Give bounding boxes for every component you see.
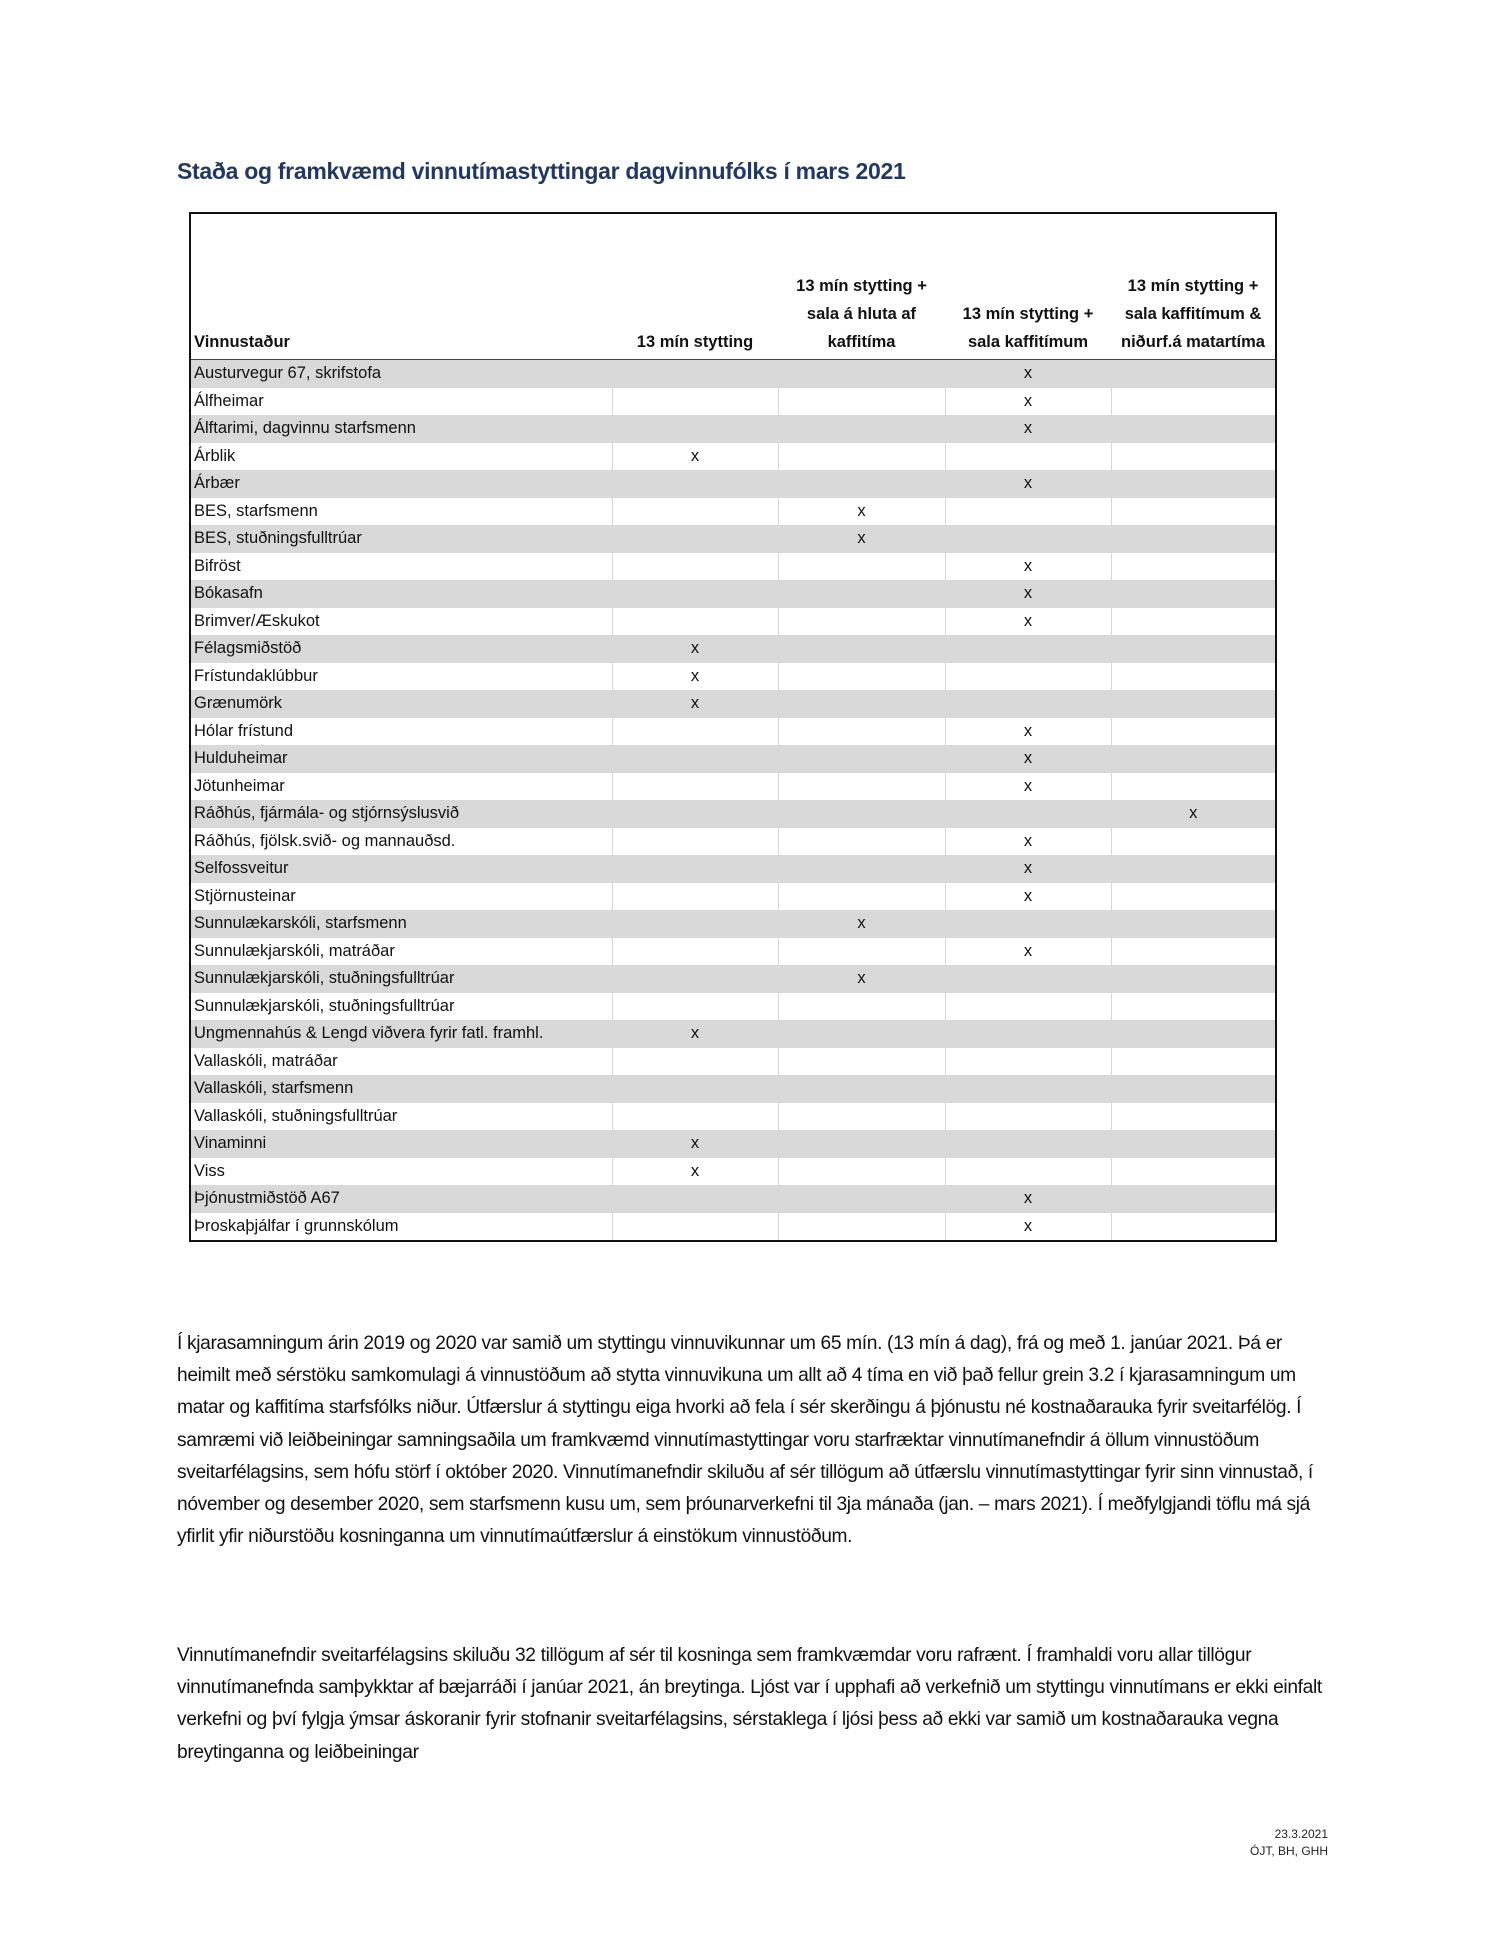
workplace-name: Árblik	[191, 443, 612, 471]
option-cell-1: x	[612, 690, 778, 718]
option-cell-2	[778, 1075, 945, 1103]
workplace-name: Félagsmiðstöð	[191, 635, 612, 663]
option-cell-1	[612, 388, 778, 416]
option-cell-3: x	[945, 580, 1111, 608]
table-row: Ráðhús, fjármála- og stjórnsýslusviðx	[191, 800, 1275, 828]
option-cell-4	[1111, 883, 1275, 911]
option-cell-4	[1111, 663, 1275, 691]
workplace-name: Vinaminni	[191, 1130, 612, 1158]
option-cell-3	[945, 1103, 1111, 1131]
option-cell-1	[612, 608, 778, 636]
option-cell-3: x	[945, 1213, 1111, 1241]
table-row: Hólar frístundx	[191, 718, 1275, 746]
workplace-name: Bókasafn	[191, 580, 612, 608]
option-cell-1: x	[612, 663, 778, 691]
table-row: Ráðhús, fjölsk.svið- og mannauðsd.x	[191, 828, 1275, 856]
option-cell-2	[778, 883, 945, 911]
workplace-name: Grænumörk	[191, 690, 612, 718]
option-cell-1	[612, 525, 778, 553]
workplace-name: Austurvegur 67, skrifstofa	[191, 360, 612, 388]
workplace-name: Ráðhús, fjármála- og stjórnsýslusvið	[191, 800, 612, 828]
option-cell-4	[1111, 993, 1275, 1021]
option-cell-4	[1111, 553, 1275, 581]
table-row: Sunnulækjarskóli, stuðningsfulltrúarx	[191, 965, 1275, 993]
option-cell-2	[778, 415, 945, 443]
workplace-name: Sunnulækjarskóli, stuðningsfulltrúar	[191, 965, 612, 993]
workplace-name: Frístundaklúbbur	[191, 663, 612, 691]
table-row: Vallaskóli, stuðningsfulltrúar	[191, 1103, 1275, 1131]
table-row: Þroskaþjálfar í grunnskólumx	[191, 1213, 1275, 1241]
option-cell-2	[778, 443, 945, 471]
option-cell-1	[612, 800, 778, 828]
workplace-name: Árbær	[191, 470, 612, 498]
footer-authors: ÓJT, BH, GHH	[1250, 1843, 1328, 1860]
option-cell-4	[1111, 1130, 1275, 1158]
option-cell-1	[612, 553, 778, 581]
workplace-name: BES, starfsmenn	[191, 498, 612, 526]
option-cell-1: x	[612, 1158, 778, 1186]
workplace-name: Hulduheimar	[191, 745, 612, 773]
option-cell-2	[778, 663, 945, 691]
option-cell-1	[612, 470, 778, 498]
schedule-table: Vinnustaður 13 mín stytting 13 mín stytt…	[189, 212, 1277, 1242]
option-cell-3	[945, 910, 1111, 938]
table-row: Ungmennahús & Lengd viðvera fyrir fatl. …	[191, 1020, 1275, 1048]
option-cell-2	[778, 580, 945, 608]
table-row: Brimver/Æskukotx	[191, 608, 1275, 636]
option-cell-1: x	[612, 1130, 778, 1158]
option-cell-1	[612, 938, 778, 966]
option-cell-2	[778, 993, 945, 1021]
option-cell-1	[612, 498, 778, 526]
table-row: Álftarimi, dagvinnu starfsmennx	[191, 415, 1275, 443]
option-cell-2	[778, 938, 945, 966]
option-cell-4	[1111, 415, 1275, 443]
option-cell-2: x	[778, 498, 945, 526]
workplace-name: Ungmennahús & Lengd viðvera fyrir fatl. …	[191, 1020, 612, 1048]
workplace-name: Álfheimar	[191, 388, 612, 416]
option-cell-3	[945, 1075, 1111, 1103]
table-row: Þjónustmiðstöð A67x	[191, 1185, 1275, 1213]
workplace-name: Sunnulækjarskóli, stuðningsfulltrúar	[191, 993, 612, 1021]
option-cell-1	[612, 1048, 778, 1076]
option-cell-4	[1111, 1020, 1275, 1048]
option-cell-2	[778, 635, 945, 663]
table-row: Jötunheimarx	[191, 773, 1275, 801]
option-cell-3: x	[945, 470, 1111, 498]
workplace-name: Sunnulækarskóli, starfsmenn	[191, 910, 612, 938]
header-13min: 13 mín stytting	[612, 214, 778, 360]
option-cell-1	[612, 718, 778, 746]
option-cell-2	[778, 745, 945, 773]
option-cell-3	[945, 525, 1111, 553]
option-cell-4	[1111, 690, 1275, 718]
body-paragraph-1: Í kjarasamningum árin 2019 og 2020 var s…	[177, 1328, 1327, 1553]
workplace-name: Vallaskóli, matráðar	[191, 1048, 612, 1076]
option-cell-4	[1111, 828, 1275, 856]
option-cell-1: x	[612, 443, 778, 471]
option-cell-3: x	[945, 773, 1111, 801]
option-cell-3	[945, 1020, 1111, 1048]
option-cell-1	[612, 965, 778, 993]
option-cell-2	[778, 1103, 945, 1131]
option-cell-2	[778, 690, 945, 718]
option-cell-2: x	[778, 965, 945, 993]
option-cell-2	[778, 1048, 945, 1076]
option-cell-3	[945, 1130, 1111, 1158]
option-cell-3	[945, 965, 1111, 993]
table-row: Stjörnusteinarx	[191, 883, 1275, 911]
workplace-name: BES, stuðningsfulltrúar	[191, 525, 612, 553]
option-cell-3	[945, 690, 1111, 718]
option-cell-3: x	[945, 883, 1111, 911]
option-cell-4	[1111, 608, 1275, 636]
option-cell-2	[778, 470, 945, 498]
table-row: Vallaskóli, starfsmenn	[191, 1075, 1275, 1103]
option-cell-3: x	[945, 388, 1111, 416]
option-cell-1: x	[612, 635, 778, 663]
option-cell-2	[778, 388, 945, 416]
option-cell-1	[612, 883, 778, 911]
option-cell-1	[612, 745, 778, 773]
option-cell-2	[778, 1020, 945, 1048]
option-cell-2	[778, 360, 945, 388]
option-cell-2	[778, 800, 945, 828]
option-cell-3	[945, 1048, 1111, 1076]
option-cell-3	[945, 1158, 1111, 1186]
option-cell-1	[612, 1185, 778, 1213]
header-13min-coffee: 13 mín stytting + sala kaffitímum	[945, 214, 1111, 360]
workplace-name: Vallaskóli, stuðningsfulltrúar	[191, 1103, 612, 1131]
workplace-name: Selfossveitur	[191, 855, 612, 883]
option-cell-3	[945, 498, 1111, 526]
workplace-name: Ráðhús, fjölsk.svið- og mannauðsd.	[191, 828, 612, 856]
table-row: Sunnulækjarskóli, matráðarx	[191, 938, 1275, 966]
option-cell-3: x	[945, 360, 1111, 388]
option-cell-4	[1111, 360, 1275, 388]
option-cell-4	[1111, 1075, 1275, 1103]
table-row: Hulduheimarx	[191, 745, 1275, 773]
table-body: Austurvegur 67, skrifstofaxÁlfheimarxÁlf…	[191, 360, 1275, 1241]
workplace-name: Brimver/Æskukot	[191, 608, 612, 636]
option-cell-4	[1111, 635, 1275, 663]
table-row: Félagsmiðstöðx	[191, 635, 1275, 663]
option-cell-2	[778, 1158, 945, 1186]
table-row: Álfheimarx	[191, 388, 1275, 416]
table-row: Árblikx	[191, 443, 1275, 471]
footer: 23.3.2021 ÓJT, BH, GHH	[1250, 1826, 1328, 1860]
table-row: Selfossveiturx	[191, 855, 1275, 883]
workplace-name: Þjónustmiðstöð A67	[191, 1185, 612, 1213]
table-row: BES, starfsmennx	[191, 498, 1275, 526]
workplace-name: Stjörnusteinar	[191, 883, 612, 911]
option-cell-2	[778, 855, 945, 883]
option-cell-2	[778, 828, 945, 856]
option-cell-4	[1111, 580, 1275, 608]
option-cell-3: x	[945, 415, 1111, 443]
option-cell-3: x	[945, 745, 1111, 773]
option-cell-4	[1111, 1185, 1275, 1213]
page-title: Staða og framkvæmd vinnutímastyttingar d…	[177, 158, 906, 185]
table-row: BES, stuðningsfulltrúarx	[191, 525, 1275, 553]
workplace-name: Bifröst	[191, 553, 612, 581]
table-row: Árbærx	[191, 470, 1275, 498]
option-cell-2	[778, 1213, 945, 1241]
option-cell-4	[1111, 773, 1275, 801]
table-row: Sunnulækarskóli, starfsmennx	[191, 910, 1275, 938]
workplace-name: Hólar frístund	[191, 718, 612, 746]
table-row: Vissx	[191, 1158, 1275, 1186]
option-cell-4	[1111, 525, 1275, 553]
header-workplace: Vinnustaður	[191, 214, 612, 360]
option-cell-1	[612, 993, 778, 1021]
option-cell-4	[1111, 1048, 1275, 1076]
table-row: Vallaskóli, matráðar	[191, 1048, 1275, 1076]
table-row: Frístundaklúbburx	[191, 663, 1275, 691]
option-cell-1	[612, 415, 778, 443]
option-cell-3: x	[945, 828, 1111, 856]
header-13min-partial-coffee: 13 mín stytting + sala á hluta af kaffit…	[778, 214, 945, 360]
option-cell-4	[1111, 1103, 1275, 1131]
table-row: Sunnulækjarskóli, stuðningsfulltrúar	[191, 993, 1275, 1021]
option-cell-2: x	[778, 910, 945, 938]
option-cell-4	[1111, 855, 1275, 883]
workplace-name: Viss	[191, 1158, 612, 1186]
option-cell-4	[1111, 938, 1275, 966]
option-cell-1	[612, 828, 778, 856]
option-cell-3	[945, 663, 1111, 691]
option-cell-2	[778, 718, 945, 746]
option-cell-4	[1111, 470, 1275, 498]
option-cell-3: x	[945, 938, 1111, 966]
workplace-name: Þroskaþjálfar í grunnskólum	[191, 1213, 612, 1241]
option-cell-1: x	[612, 1020, 778, 1048]
option-cell-4	[1111, 443, 1275, 471]
table-row: Bifröstx	[191, 553, 1275, 581]
workplace-name: Álftarimi, dagvinnu starfsmenn	[191, 415, 612, 443]
option-cell-1	[612, 1075, 778, 1103]
header-13min-coffee-lunch: 13 mín stytting + sala kaffitímum & niðu…	[1111, 214, 1275, 360]
option-cell-1	[612, 1103, 778, 1131]
option-cell-1	[612, 773, 778, 801]
table-row: Grænumörkx	[191, 690, 1275, 718]
option-cell-1	[612, 855, 778, 883]
option-cell-2	[778, 553, 945, 581]
option-cell-1	[612, 580, 778, 608]
option-cell-3	[945, 635, 1111, 663]
option-cell-2: x	[778, 525, 945, 553]
option-cell-1	[612, 360, 778, 388]
option-cell-3: x	[945, 608, 1111, 636]
option-cell-4: x	[1111, 800, 1275, 828]
body-paragraph-2: Vinnutímanefndir sveitarfélagsins skiluð…	[177, 1640, 1327, 1769]
footer-date: 23.3.2021	[1250, 1826, 1328, 1843]
option-cell-4	[1111, 965, 1275, 993]
workplace-name: Sunnulækjarskóli, matráðar	[191, 938, 612, 966]
option-cell-4	[1111, 498, 1275, 526]
option-cell-1	[612, 910, 778, 938]
option-cell-2	[778, 1185, 945, 1213]
workplace-name: Jötunheimar	[191, 773, 612, 801]
option-cell-3	[945, 993, 1111, 1021]
option-cell-4	[1111, 388, 1275, 416]
option-cell-3: x	[945, 718, 1111, 746]
option-cell-3	[945, 800, 1111, 828]
option-cell-4	[1111, 718, 1275, 746]
option-cell-1	[612, 1213, 778, 1241]
option-cell-3	[945, 443, 1111, 471]
workplace-name: Vallaskóli, starfsmenn	[191, 1075, 612, 1103]
option-cell-2	[778, 1130, 945, 1158]
option-cell-3: x	[945, 855, 1111, 883]
option-cell-3: x	[945, 1185, 1111, 1213]
option-cell-4	[1111, 1158, 1275, 1186]
option-cell-4	[1111, 1213, 1275, 1241]
table-row: Austurvegur 67, skrifstofax	[191, 360, 1275, 388]
option-cell-2	[778, 773, 945, 801]
table-row: Bókasafnx	[191, 580, 1275, 608]
table-row: Vinaminnix	[191, 1130, 1275, 1158]
option-cell-2	[778, 608, 945, 636]
option-cell-3: x	[945, 553, 1111, 581]
option-cell-4	[1111, 910, 1275, 938]
option-cell-4	[1111, 745, 1275, 773]
table-header-row: Vinnustaður 13 mín stytting 13 mín stytt…	[191, 214, 1275, 360]
